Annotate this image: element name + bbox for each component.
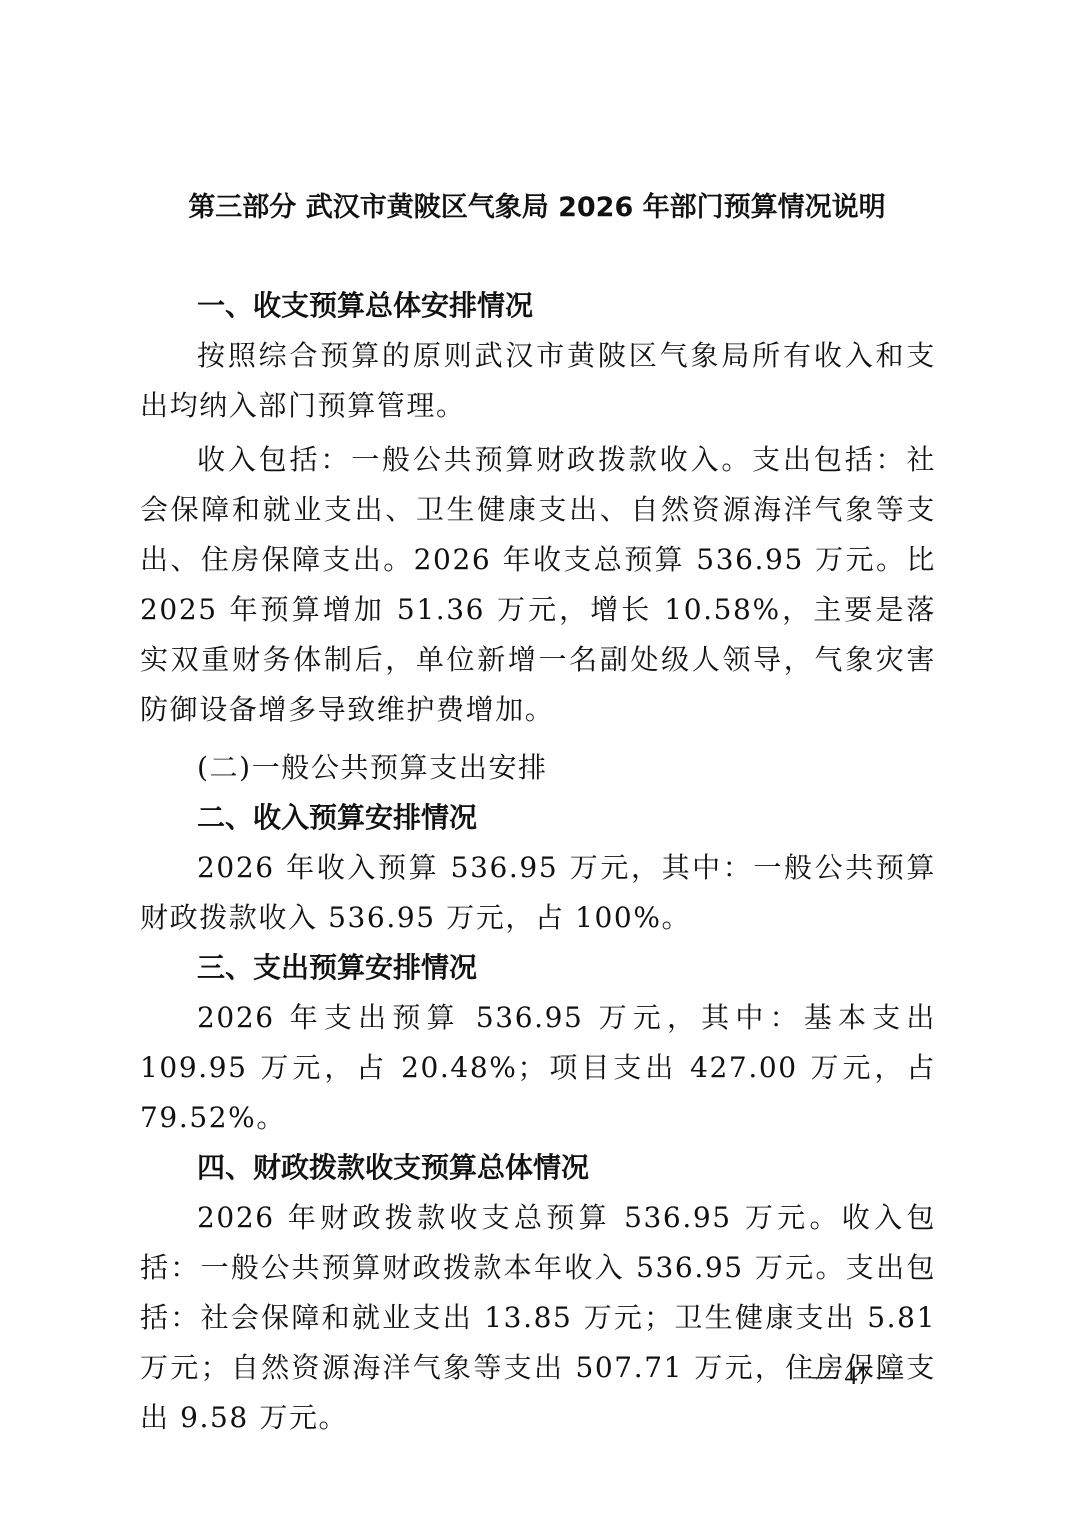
subsection-label: (二)一般公共预算支出安排: [140, 743, 936, 793]
document-body: 一、收支预算总体安排情况 按照综合预算的原则武汉市黄陂区气象局所有收入和支出均纳…: [140, 281, 936, 1443]
paragraph: 2026 年收入预算 536.95 万元，其中：一般公共预算财政拨款收入 536…: [140, 843, 936, 943]
section-heading: 三、支出预算安排情况: [140, 943, 936, 993]
section-heading: 一、收支预算总体安排情况: [140, 281, 936, 331]
paragraph: 2026 年财政拨款收支总预算 536.95 万元。收入包括：一般公共预算财政拨…: [140, 1193, 936, 1443]
document-title: 第三部分 武汉市黄陂区气象局 2026 年部门预算情况说明: [0, 188, 1074, 228]
paragraph: 按照综合预算的原则武汉市黄陂区气象局所有收入和支出均纳入部门预算管理。: [140, 331, 936, 431]
section-overall-budget: 一、收支预算总体安排情况 按照综合预算的原则武汉市黄陂区气象局所有收入和支出均纳…: [140, 281, 936, 793]
document-page: 第三部分 武汉市黄陂区气象局 2026 年部门预算情况说明 一、收支预算总体安排…: [0, 0, 1074, 1520]
paragraph: 2026 年支出预算 536.95 万元，其中：基本支出 109.95 万元，占…: [140, 993, 936, 1143]
section-expenditure-budget: 三、支出预算安排情况 2026 年支出预算 536.95 万元，其中：基本支出 …: [140, 943, 936, 1143]
page-number: — 47 —: [812, 1358, 932, 1394]
section-heading: 四、财政拨款收支预算总体情况: [140, 1143, 936, 1193]
section-income-budget: 二、收入预算安排情况 2026 年收入预算 536.95 万元，其中：一般公共预…: [140, 793, 936, 943]
section-fiscal-appropriation: 四、财政拨款收支预算总体情况 2026 年财政拨款收支总预算 536.95 万元…: [140, 1143, 936, 1443]
paragraph: 收入包括：一般公共预算财政拨款收入。支出包括：社会保障和就业支出、卫生健康支出、…: [140, 435, 936, 735]
section-heading: 二、收入预算安排情况: [140, 793, 936, 843]
